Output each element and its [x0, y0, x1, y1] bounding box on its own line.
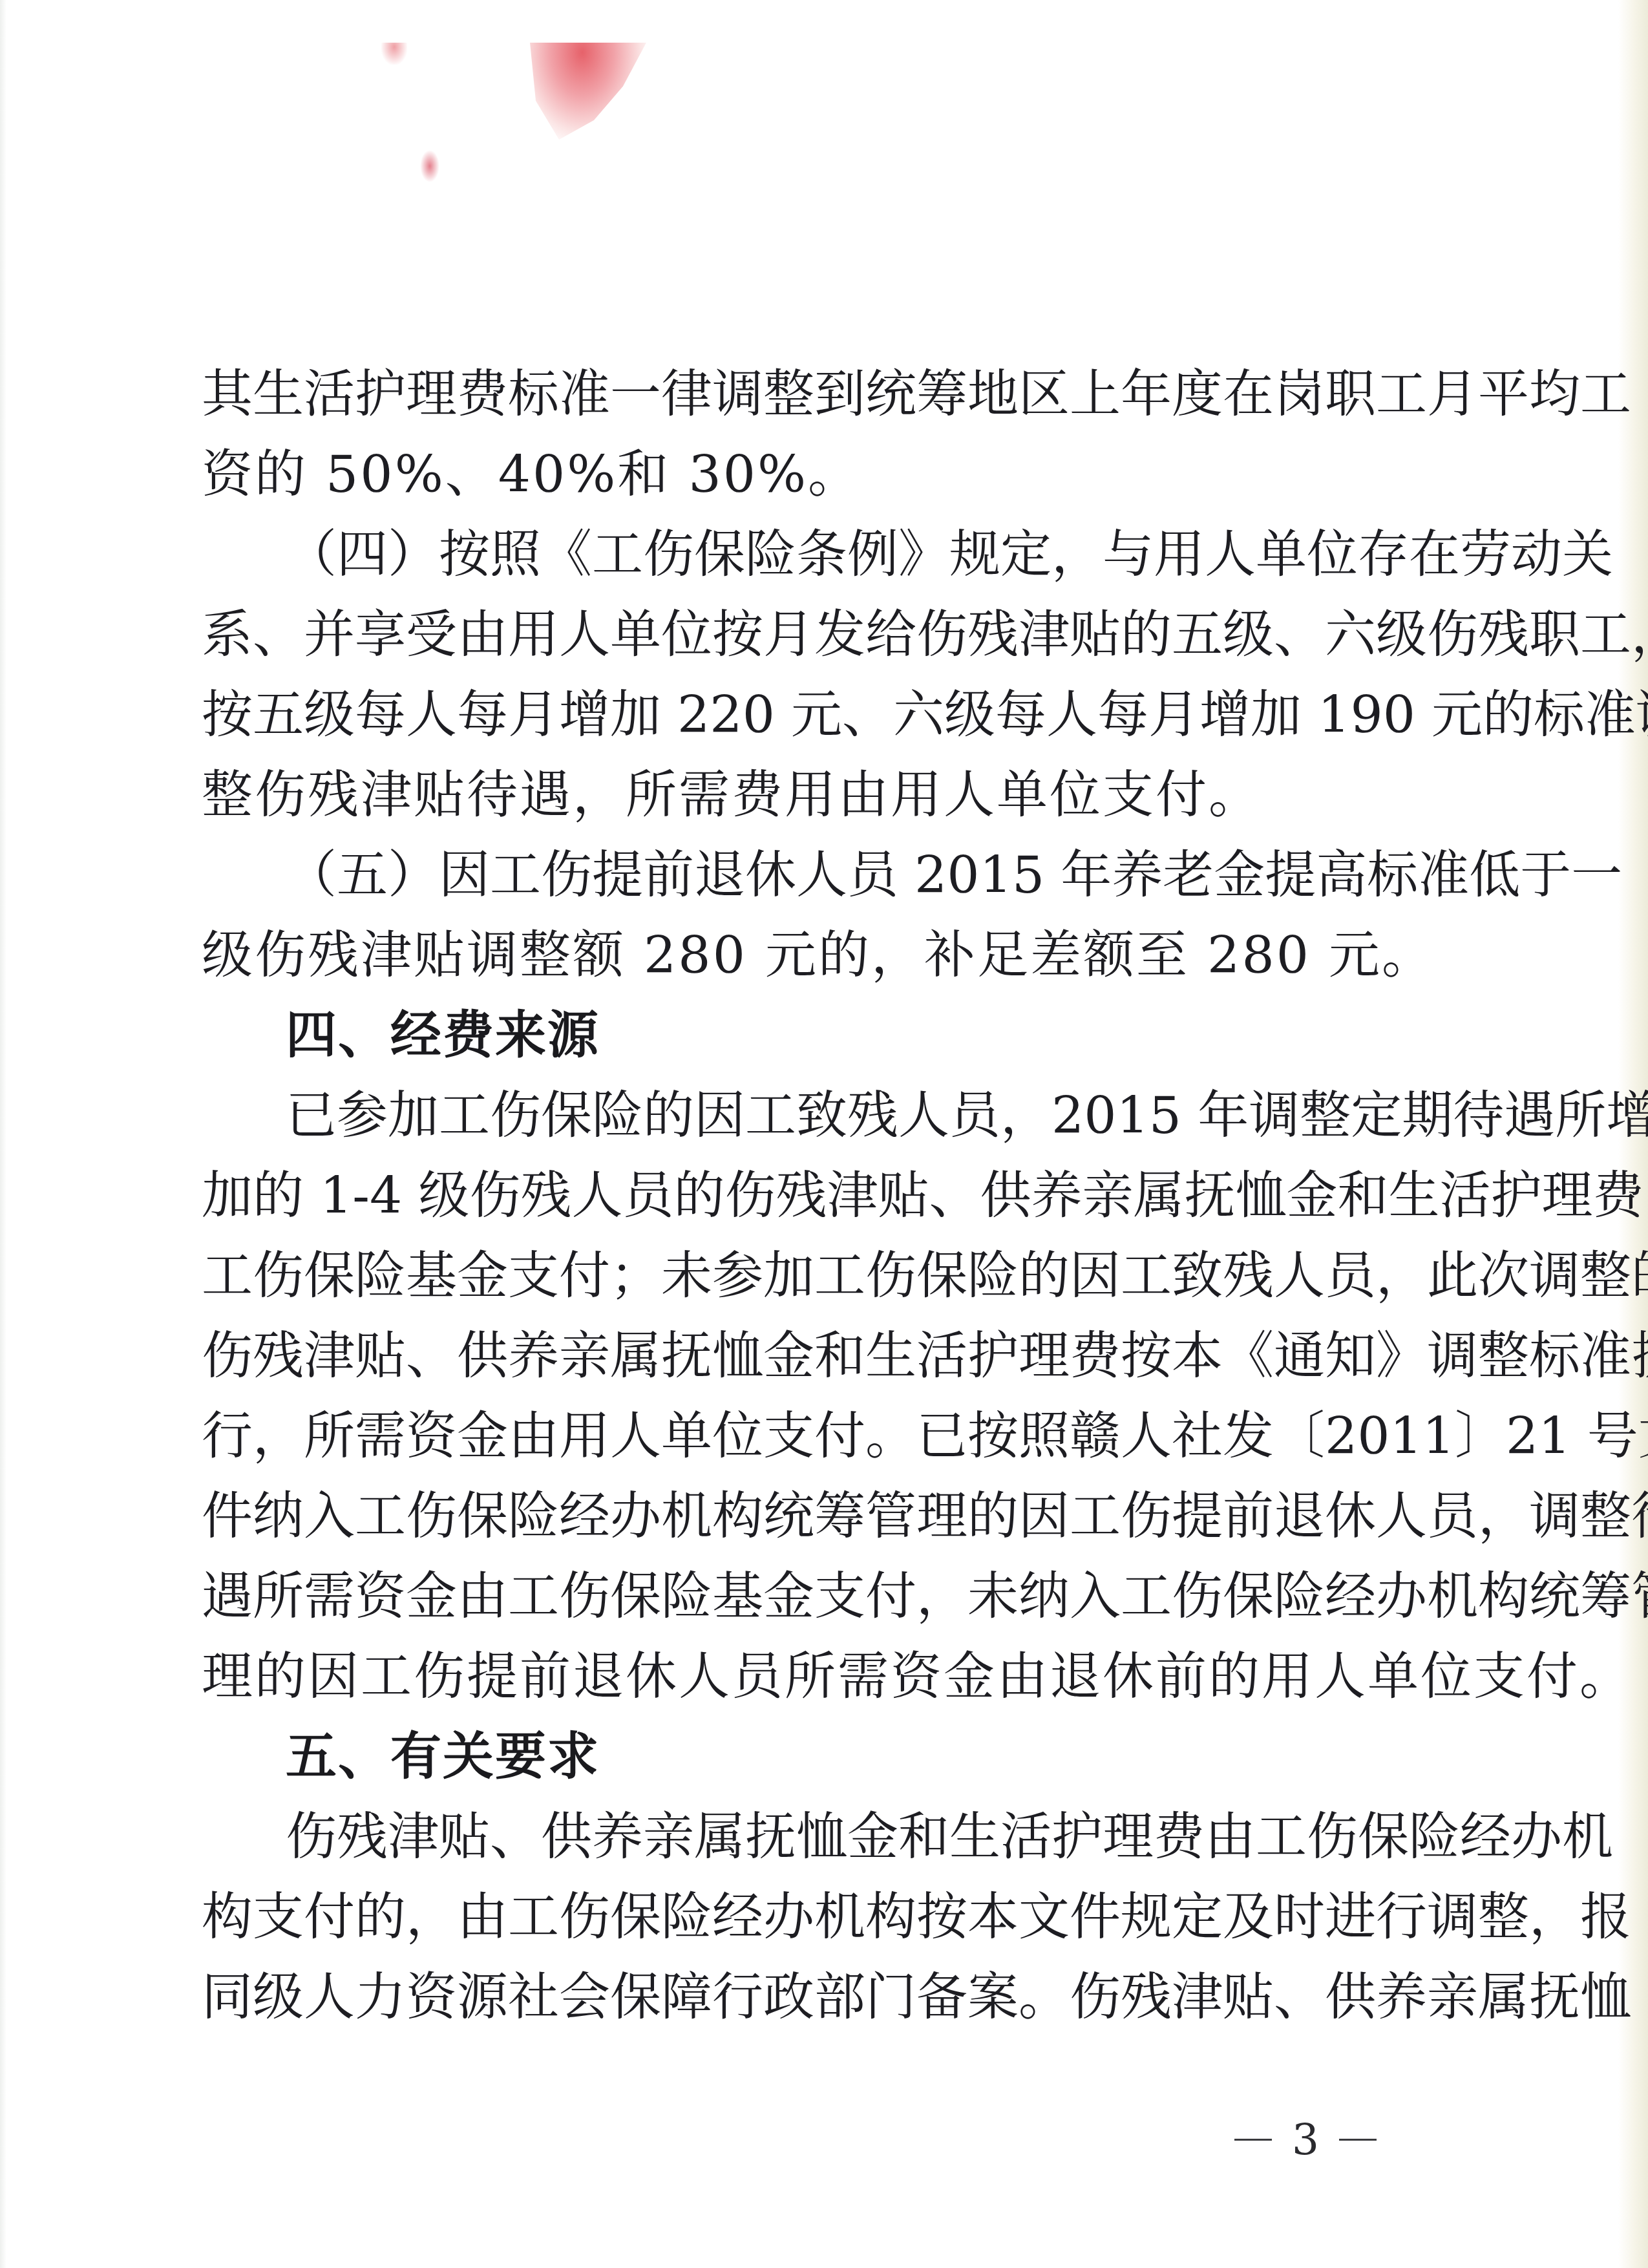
paragraph-item-4: （四）按照《工伤保险条例》规定，与用人单位存在劳动关 系、并享受由用人单位按月发…	[202, 514, 1373, 835]
text-line: 整伤残津贴待遇，所需费用由用人单位支付。	[202, 755, 1373, 835]
text-line: 已参加工伤保险的因工致残人员，2015 年调整定期待遇所增	[202, 1076, 1373, 1156]
page-number-dash-left	[1234, 2139, 1272, 2141]
text-line: 系、并享受由用人单位按月发给伤残津贴的五级、六级伤残职工，	[202, 595, 1373, 675]
page-number-dash-right	[1339, 2139, 1377, 2141]
red-seal-fragment	[530, 43, 646, 140]
text-line: 工伤保险基金支付；未参加工伤保险的因工致残人员，此次调整的	[202, 1236, 1373, 1316]
text-line: （四）按照《工伤保险条例》规定，与用人单位存在劳动关	[202, 514, 1373, 595]
text-line: 行，所需资金由用人单位支付。已按照赣人社发〔2011〕21 号文	[202, 1396, 1373, 1476]
paragraph-requirements: 伤残津贴、供养亲属抚恤金和生活护理费由工伤保险经办机 构支付的，由工伤保险经办机…	[202, 1797, 1373, 2037]
page-number: 3	[1234, 2114, 1377, 2165]
text-line: 构支付的，由工伤保险经办机构按本文件规定及时进行调整，报	[202, 1877, 1373, 1957]
text-line: 遇所需资金由工伤保险基金支付，未纳入工伤保险经办机构统筹管	[202, 1556, 1373, 1637]
text-line: 同级人力资源社会保障行政部门备案。伤残津贴、供养亲属抚恤	[202, 1957, 1373, 2037]
document-body: 其生活护理费标准一律调整到统筹地区上年度在岗职工月平均工 资的 50%、40%和…	[202, 354, 1373, 2037]
text-line: 其生活护理费标准一律调整到统筹地区上年度在岗职工月平均工	[202, 354, 1373, 434]
paragraph-item-5: （五）因工伤提前退休人员 2015 年养老金提高标准低于一 级伤残津贴调整额 2…	[202, 835, 1373, 995]
text-line: 加的 1-4 级伤残人员的伤残津贴、供养亲属抚恤金和生活护理费由	[202, 1156, 1373, 1236]
paragraph-continuation: 其生活护理费标准一律调整到统筹地区上年度在岗职工月平均工 资的 50%、40%和…	[202, 354, 1373, 514]
page-number-value: 3	[1292, 2115, 1319, 2165]
text-line: 伤残津贴、供养亲属抚恤金和生活护理费按本《通知》调整标准执	[202, 1316, 1373, 1396]
text-line: 按五级每人每月增加 220 元、六级每人每月增加 190 元的标准调	[202, 675, 1373, 755]
text-line: 级伤残津贴调整额 280 元的，补足差额至 280 元。	[202, 915, 1373, 995]
red-seal-speckle	[420, 150, 439, 182]
text-line: 理的因工伤提前退休人员所需资金由退休前的用人单位支付。	[202, 1637, 1373, 1717]
text-line: 伤残津贴、供养亲属抚恤金和生活护理费由工伤保险经办机	[202, 1797, 1373, 1877]
red-seal-fragment-small	[381, 43, 407, 65]
section-heading-requirements: 五、有关要求	[202, 1717, 1373, 1797]
text-line: 件纳入工伤保险经办机构统筹管理的因工伤提前退休人员，调整待	[202, 1476, 1373, 1556]
paper-edge-left	[0, 0, 6, 2268]
text-line: 资的 50%、40%和 30%。	[202, 434, 1373, 514]
text-line: （五）因工伤提前退休人员 2015 年养老金提高标准低于一	[202, 835, 1373, 915]
section-heading-funding-source: 四、经费来源	[202, 995, 1373, 1076]
paragraph-funding-source: 已参加工伤保险的因工致残人员，2015 年调整定期待遇所增 加的 1-4 级伤残…	[202, 1076, 1373, 1717]
